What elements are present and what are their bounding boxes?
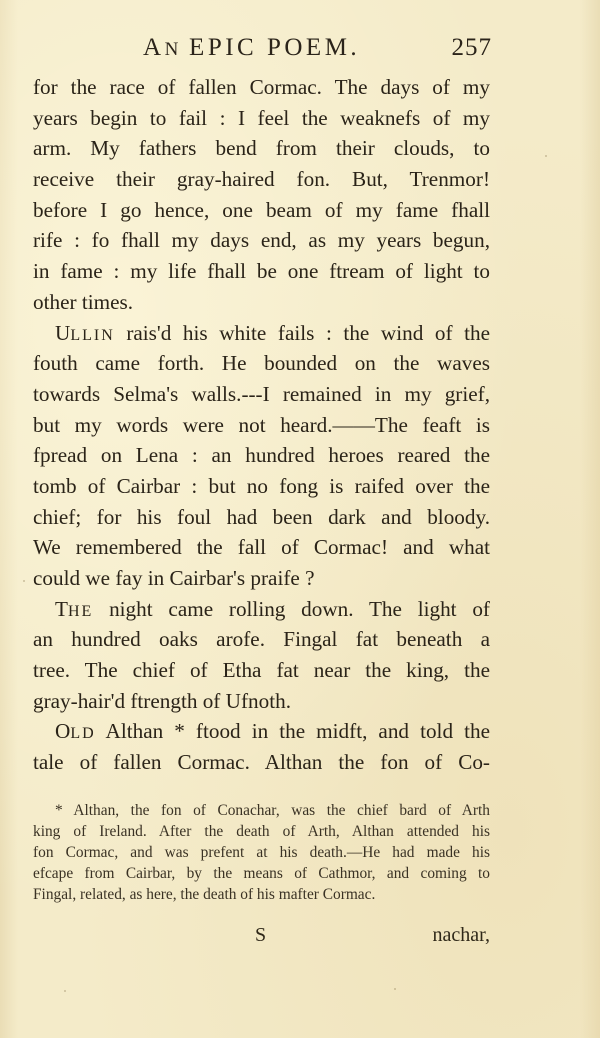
text-line: rife : fo fhall my days end, as my years… <box>33 225 490 256</box>
text-line: but my words were not heard.——The feaft … <box>33 410 490 441</box>
paper-speck <box>64 990 66 992</box>
paper-speck <box>394 988 396 990</box>
text-line: receive their gray-haired fon. But, Tren… <box>33 164 490 195</box>
lead-smallcaps: HE <box>68 603 93 620</box>
lead-initial: U <box>55 321 70 345</box>
text-line: in fame : my life fhall be one ftream of… <box>33 256 490 287</box>
lead-smallcaps: LD <box>70 725 95 742</box>
line-rest: rais'd his white fails : the wind of the <box>115 321 490 345</box>
lead-initial: O <box>55 719 70 743</box>
page-number: 257 <box>452 34 493 62</box>
catchword: nachar, <box>433 924 491 947</box>
text-line: tree. The chief of Etha fat near the kin… <box>33 655 490 686</box>
line-rest: night came rolling down. The light of <box>93 597 490 621</box>
text-line: fouth came forth. He bounded on the wave… <box>33 348 490 379</box>
text-line: chief; for his foul had been dark and bl… <box>33 502 490 533</box>
line-rest: Althan * ftood in the midft, and told th… <box>96 719 490 743</box>
text-line: tomb of Cairbar : but no fong is raifed … <box>33 471 490 502</box>
text-line: ULLIN rais'd his white fails : the wind … <box>33 318 490 349</box>
body-text: for the race of fallen Cormac. The days … <box>33 72 490 778</box>
paragraph-1: for the race of fallen Cormac. The days … <box>33 72 490 318</box>
text-line: other times. <box>33 287 490 318</box>
paragraph-4: OLD Althan * ftood in the midft, and tol… <box>33 716 490 777</box>
book-page: AN EPIC POEM. 257 for the race of fallen… <box>0 0 600 1038</box>
text-line: OLD Althan * ftood in the midft, and tol… <box>33 716 490 747</box>
footnote-line: Fingal, related, as here, the death of h… <box>33 884 490 905</box>
running-title-smallcaps: N <box>165 39 180 60</box>
signature-mark: S <box>255 924 266 947</box>
text-line: THE night came rolling down. The light o… <box>33 594 490 625</box>
footnote-line: efcape from Cairbar, by the means of Cat… <box>33 863 490 884</box>
running-header: AN EPIC POEM. 257 <box>33 34 490 68</box>
text-line: fpread on Lena : an hundred heroes reare… <box>33 440 490 471</box>
paper-speck <box>545 155 547 157</box>
text-line: arm. My fathers bend from their clouds, … <box>33 133 490 164</box>
running-title: AN EPIC POEM. <box>143 34 360 62</box>
text-line: towards Selma's walls.---I remained in m… <box>33 379 490 410</box>
text-line: gray-hair'd ftrength of Ufnoth. <box>33 686 490 717</box>
text-line: an hundred oaks arofe. Fingal fat beneat… <box>33 624 490 655</box>
running-title-rest: EPIC POEM. <box>179 34 360 61</box>
lead-smallcaps: LLIN <box>70 327 114 344</box>
footnote-line: king of Ireland. After the death of Arth… <box>33 821 490 842</box>
paragraph-2: ULLIN rais'd his white fails : the wind … <box>33 318 490 594</box>
text-line: for the race of fallen Cormac. The days … <box>33 72 490 103</box>
text-line: tale of fallen Cormac. Althan the fon of… <box>33 747 490 778</box>
lead-initial: T <box>55 597 68 621</box>
paragraph-3: THE night came rolling down. The light o… <box>33 594 490 717</box>
footnote-line: * Althan, the fon of Conachar, was the c… <box>33 800 490 821</box>
footnote: * Althan, the fon of Conachar, was the c… <box>33 800 490 905</box>
text-line: years begin to fail : I feel the weaknef… <box>33 103 490 134</box>
paper-speck <box>23 580 25 582</box>
page-footer: S nachar, <box>33 924 490 952</box>
running-title-initial: A <box>143 34 165 61</box>
text-line: We remembered the fall of Cormac! and wh… <box>33 532 490 563</box>
text-line: could we fay in Cairbar's praife ? <box>33 563 490 594</box>
footnote-line: fon Cormac, and was prefent at his death… <box>33 842 490 863</box>
text-line: before I go hence, one beam of my fame f… <box>33 195 490 226</box>
